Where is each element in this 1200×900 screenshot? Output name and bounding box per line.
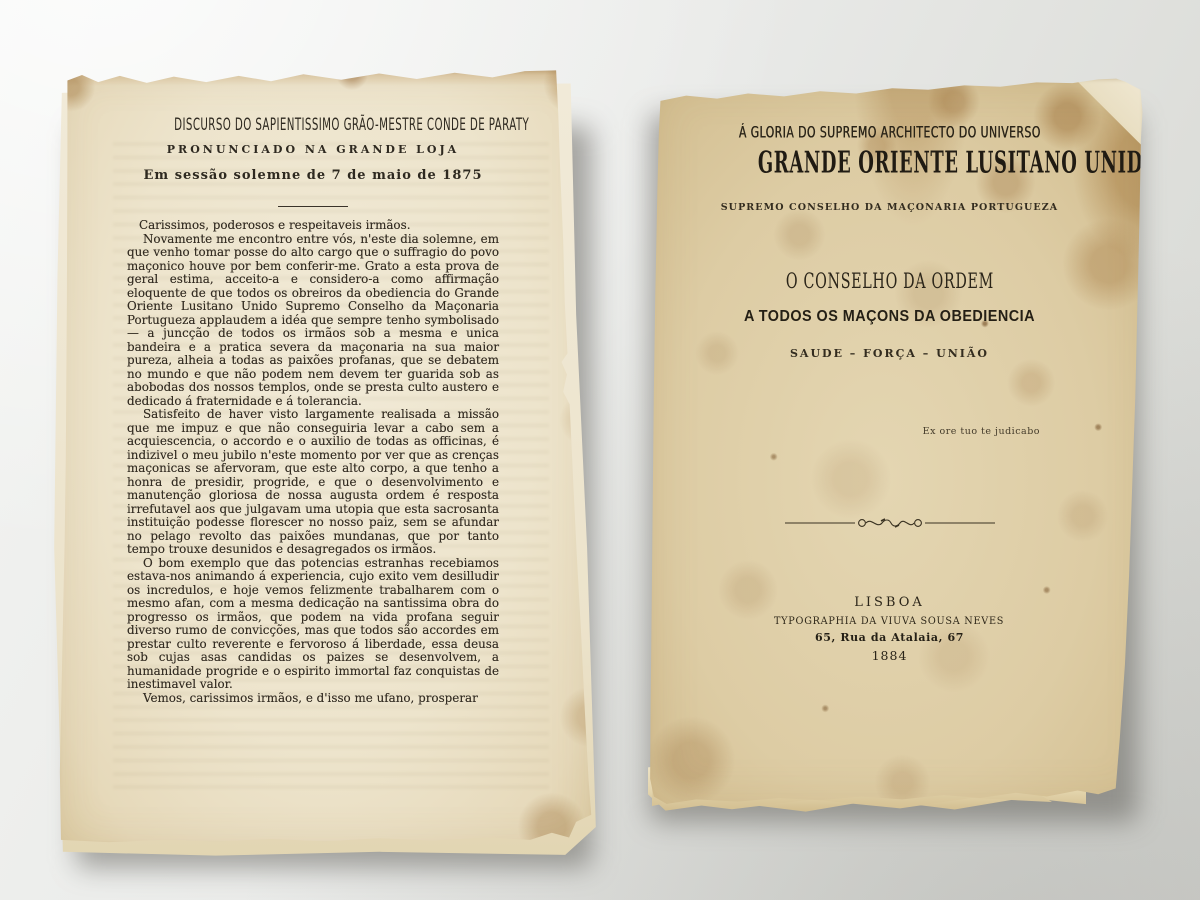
body-paragraph: Satisfeito de haver visto largamente rea… — [127, 408, 499, 557]
imprint-address: 65, Rua da Atalaia, 67 — [645, 631, 1134, 645]
body-paragraph: Novamente me encontro entre vós, n'este … — [127, 233, 499, 409]
imprint-block: LISBOA TYPOGRAPHIA DA VIUVA SOUSA NEVES … — [645, 595, 1134, 663]
right-document-epigraph: Ex ore tuo te judicabo — [645, 426, 1134, 437]
left-document-page: DISCURSO DO SAPIENTISSIMO GRÃO-MESTRE CO… — [55, 68, 595, 850]
right-document-content: Á GLORIA DO SUPREMO ARCHITECTO DO UNIVER… — [645, 72, 1134, 663]
imprint-printer: TYPOGRAPHIA DA VIUVA SOUSA NEVES — [645, 614, 1134, 628]
ornament-divider — [645, 515, 1134, 531]
left-document-content: DISCURSO DO SAPIENTISSIMO GRÃO-MESTRE CO… — [127, 68, 499, 705]
left-document-divider-rule — [278, 206, 348, 207]
body-paragraph: Carissimos, poderosos e respeitaveis irm… — [127, 219, 499, 233]
imprint-year: 1884 — [645, 648, 1134, 663]
right-document-cover: Á GLORIA DO SUPREMO ARCHITECTO DO UNIVER… — [645, 72, 1160, 812]
left-document-session-line: Em sessão solemne de 7 de maio de 1875 — [127, 168, 499, 184]
left-document-body: Carissimos, poderosos e respeitaveis irm… — [127, 219, 499, 705]
ornament-divider-icon — [785, 515, 995, 531]
left-document-title: DISCURSO DO SAPIENTISSIMO GRÃO-MESTRE CO… — [127, 118, 499, 134]
imprint-city: LISBOA — [645, 595, 1134, 611]
right-document-subtitle: SUPREMO CONSELHO DA MAÇONARIA PORTUGUEZA — [645, 202, 1134, 214]
right-document-address-line: A TODOS OS MAÇONS DA OBEDIENCIA — [645, 308, 1134, 326]
right-document-motto-triplet: SAUDE – FORÇA – UNIÃO — [645, 348, 1134, 360]
left-document-subtitle: PRONUNCIADO NA GRANDE LOJA — [127, 144, 499, 156]
right-document-heading: O CONSELHO DA ORDEM — [645, 270, 1134, 292]
photo-background: DISCURSO DO SAPIENTISSIMO GRÃO-MESTRE CO… — [0, 0, 1200, 900]
body-paragraph: O bom exemplo que das potencias estranha… — [127, 557, 499, 692]
right-document-top-motto: Á GLORIA DO SUPREMO ARCHITECTO DO UNIVER… — [645, 126, 1134, 142]
right-document-title: GRANDE ORIENTE LUSITANO UNIDO — [645, 148, 1134, 178]
body-paragraph: Vemos, carissimos irmãos, e d'isso me uf… — [127, 692, 499, 706]
